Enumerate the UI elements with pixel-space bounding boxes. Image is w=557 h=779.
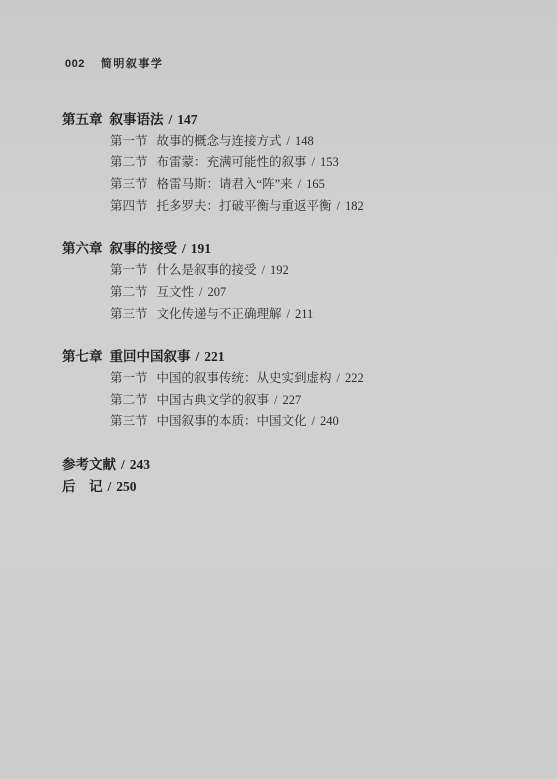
chapter-number-label: 第六章	[62, 238, 103, 260]
toc-section-row: 第二节 布雷蒙：充满可能性的叙事 / 153	[62, 152, 532, 174]
separator: /	[287, 131, 290, 153]
section-page-number: 240	[320, 411, 339, 433]
section-number-label: 第一节	[110, 260, 148, 282]
separator: /	[121, 454, 125, 476]
separator: /	[337, 196, 340, 218]
section-number-label: 第四节	[110, 196, 148, 218]
section-title: 互文性	[157, 282, 195, 304]
section-title: 中国叙事的本质：中国文化	[157, 411, 307, 433]
toc-chapter-row: 第六章 叙事的接受 / 191	[62, 238, 532, 260]
table-of-contents: 第五章 叙事语法 / 147 第一节 故事的概念与连接方式 / 148 第二节 …	[62, 109, 532, 497]
separator: /	[196, 346, 200, 368]
section-number-label: 第三节	[110, 304, 148, 326]
chapter-title: 重回中国叙事	[110, 346, 191, 368]
toc-section-row: 第三节 中国叙事的本质：中国文化 / 240	[62, 411, 532, 433]
section-title: 故事的概念与连接方式	[157, 131, 282, 153]
chapter-page-number: 191	[191, 238, 211, 260]
section-number-label: 第二节	[110, 390, 148, 412]
section-page-number: 165	[306, 174, 325, 196]
separator: /	[337, 368, 340, 390]
toc-section-row: 第三节 文化传递与不正确理解 / 211	[62, 304, 532, 326]
scanned-book-page: 002 简明叙事学 第五章 叙事语法 / 147 第一节 故事的概念与连接方式 …	[0, 0, 557, 779]
toc-afterword-row: 后 记 / 250	[62, 476, 532, 498]
separator: /	[298, 174, 301, 196]
section-number-label: 第一节	[110, 368, 148, 390]
chapter-page-number: 147	[177, 109, 197, 131]
section-page-number: 227	[283, 390, 302, 412]
section-number-label: 第一节	[110, 131, 148, 153]
running-title: 简明叙事学	[101, 55, 164, 71]
section-title: 托多罗夫：打破平衡与重返平衡	[157, 196, 332, 218]
toc-section-row: 第二节 中国古典文学的叙事 / 227	[62, 390, 532, 412]
section-page-number: 222	[345, 368, 364, 390]
toc-section-row: 第一节 故事的概念与连接方式 / 148	[62, 131, 532, 153]
separator: /	[169, 109, 173, 131]
chapter-page-number: 221	[204, 346, 224, 368]
section-number-label: 第三节	[110, 174, 148, 196]
toc-section-row: 第三节 格雷马斯：请君入“阵”来 / 165	[62, 174, 532, 196]
separator: /	[262, 260, 265, 282]
toc-chapter-block: 第六章 叙事的接受 / 191 第一节 什么是叙事的接受 / 192 第二节 互…	[62, 238, 532, 325]
toc-section-row: 第一节 中国的叙事传统：从史实到虚构 / 222	[62, 368, 532, 390]
section-number-label: 第二节	[110, 282, 148, 304]
toc-references-row: 参考文献 / 243	[62, 454, 532, 476]
toc-backmatter-block: 参考文献 / 243 后 记 / 250	[62, 454, 532, 497]
toc-chapter-row: 第七章 重回中国叙事 / 221	[62, 346, 532, 368]
section-page-number: 211	[295, 304, 313, 326]
chapter-number-label: 第五章	[62, 109, 103, 131]
separator: /	[199, 282, 202, 304]
separator: /	[312, 411, 315, 433]
toc-chapter-row: 第五章 叙事语法 / 147	[62, 109, 532, 131]
section-title: 文化传递与不正确理解	[157, 304, 282, 326]
section-number-label: 第三节	[110, 411, 148, 433]
section-page-number: 192	[270, 260, 289, 282]
toc-chapter-block: 第五章 叙事语法 / 147 第一节 故事的概念与连接方式 / 148 第二节 …	[62, 109, 532, 217]
separator: /	[312, 152, 315, 174]
separator: /	[287, 304, 290, 326]
section-title: 中国的叙事传统：从史实到虚构	[157, 368, 332, 390]
page-number: 002	[65, 58, 85, 70]
section-title: 格雷马斯：请君入“阵”来	[157, 174, 293, 196]
separator: /	[108, 476, 112, 498]
section-title: 布雷蒙：充满可能性的叙事	[157, 152, 307, 174]
chapter-title: 叙事的接受	[110, 238, 178, 260]
section-page-number: 148	[295, 131, 314, 153]
toc-section-row: 第四节 托多罗夫：打破平衡与重返平衡 / 182	[62, 196, 532, 218]
backmatter-title: 参考文献	[62, 454, 116, 476]
section-title: 中国古典文学的叙事	[157, 390, 270, 412]
separator: /	[182, 238, 186, 260]
section-page-number: 182	[345, 196, 364, 218]
backmatter-page-number: 243	[130, 454, 150, 476]
section-page-number: 207	[208, 282, 227, 304]
separator: /	[274, 390, 277, 412]
toc-section-row: 第一节 什么是叙事的接受 / 192	[62, 260, 532, 282]
toc-chapter-block: 第七章 重回中国叙事 / 221 第一节 中国的叙事传统：从史实到虚构 / 22…	[62, 346, 532, 433]
chapter-title: 叙事语法	[110, 109, 164, 131]
section-number-label: 第二节	[110, 152, 148, 174]
backmatter-page-number: 250	[116, 476, 136, 498]
section-page-number: 153	[320, 152, 339, 174]
backmatter-title: 后 记	[62, 476, 103, 498]
page-header: 002 简明叙事学	[65, 55, 163, 71]
toc-section-row: 第二节 互文性 / 207	[62, 282, 532, 304]
chapter-number-label: 第七章	[62, 346, 103, 368]
section-title: 什么是叙事的接受	[157, 260, 257, 282]
